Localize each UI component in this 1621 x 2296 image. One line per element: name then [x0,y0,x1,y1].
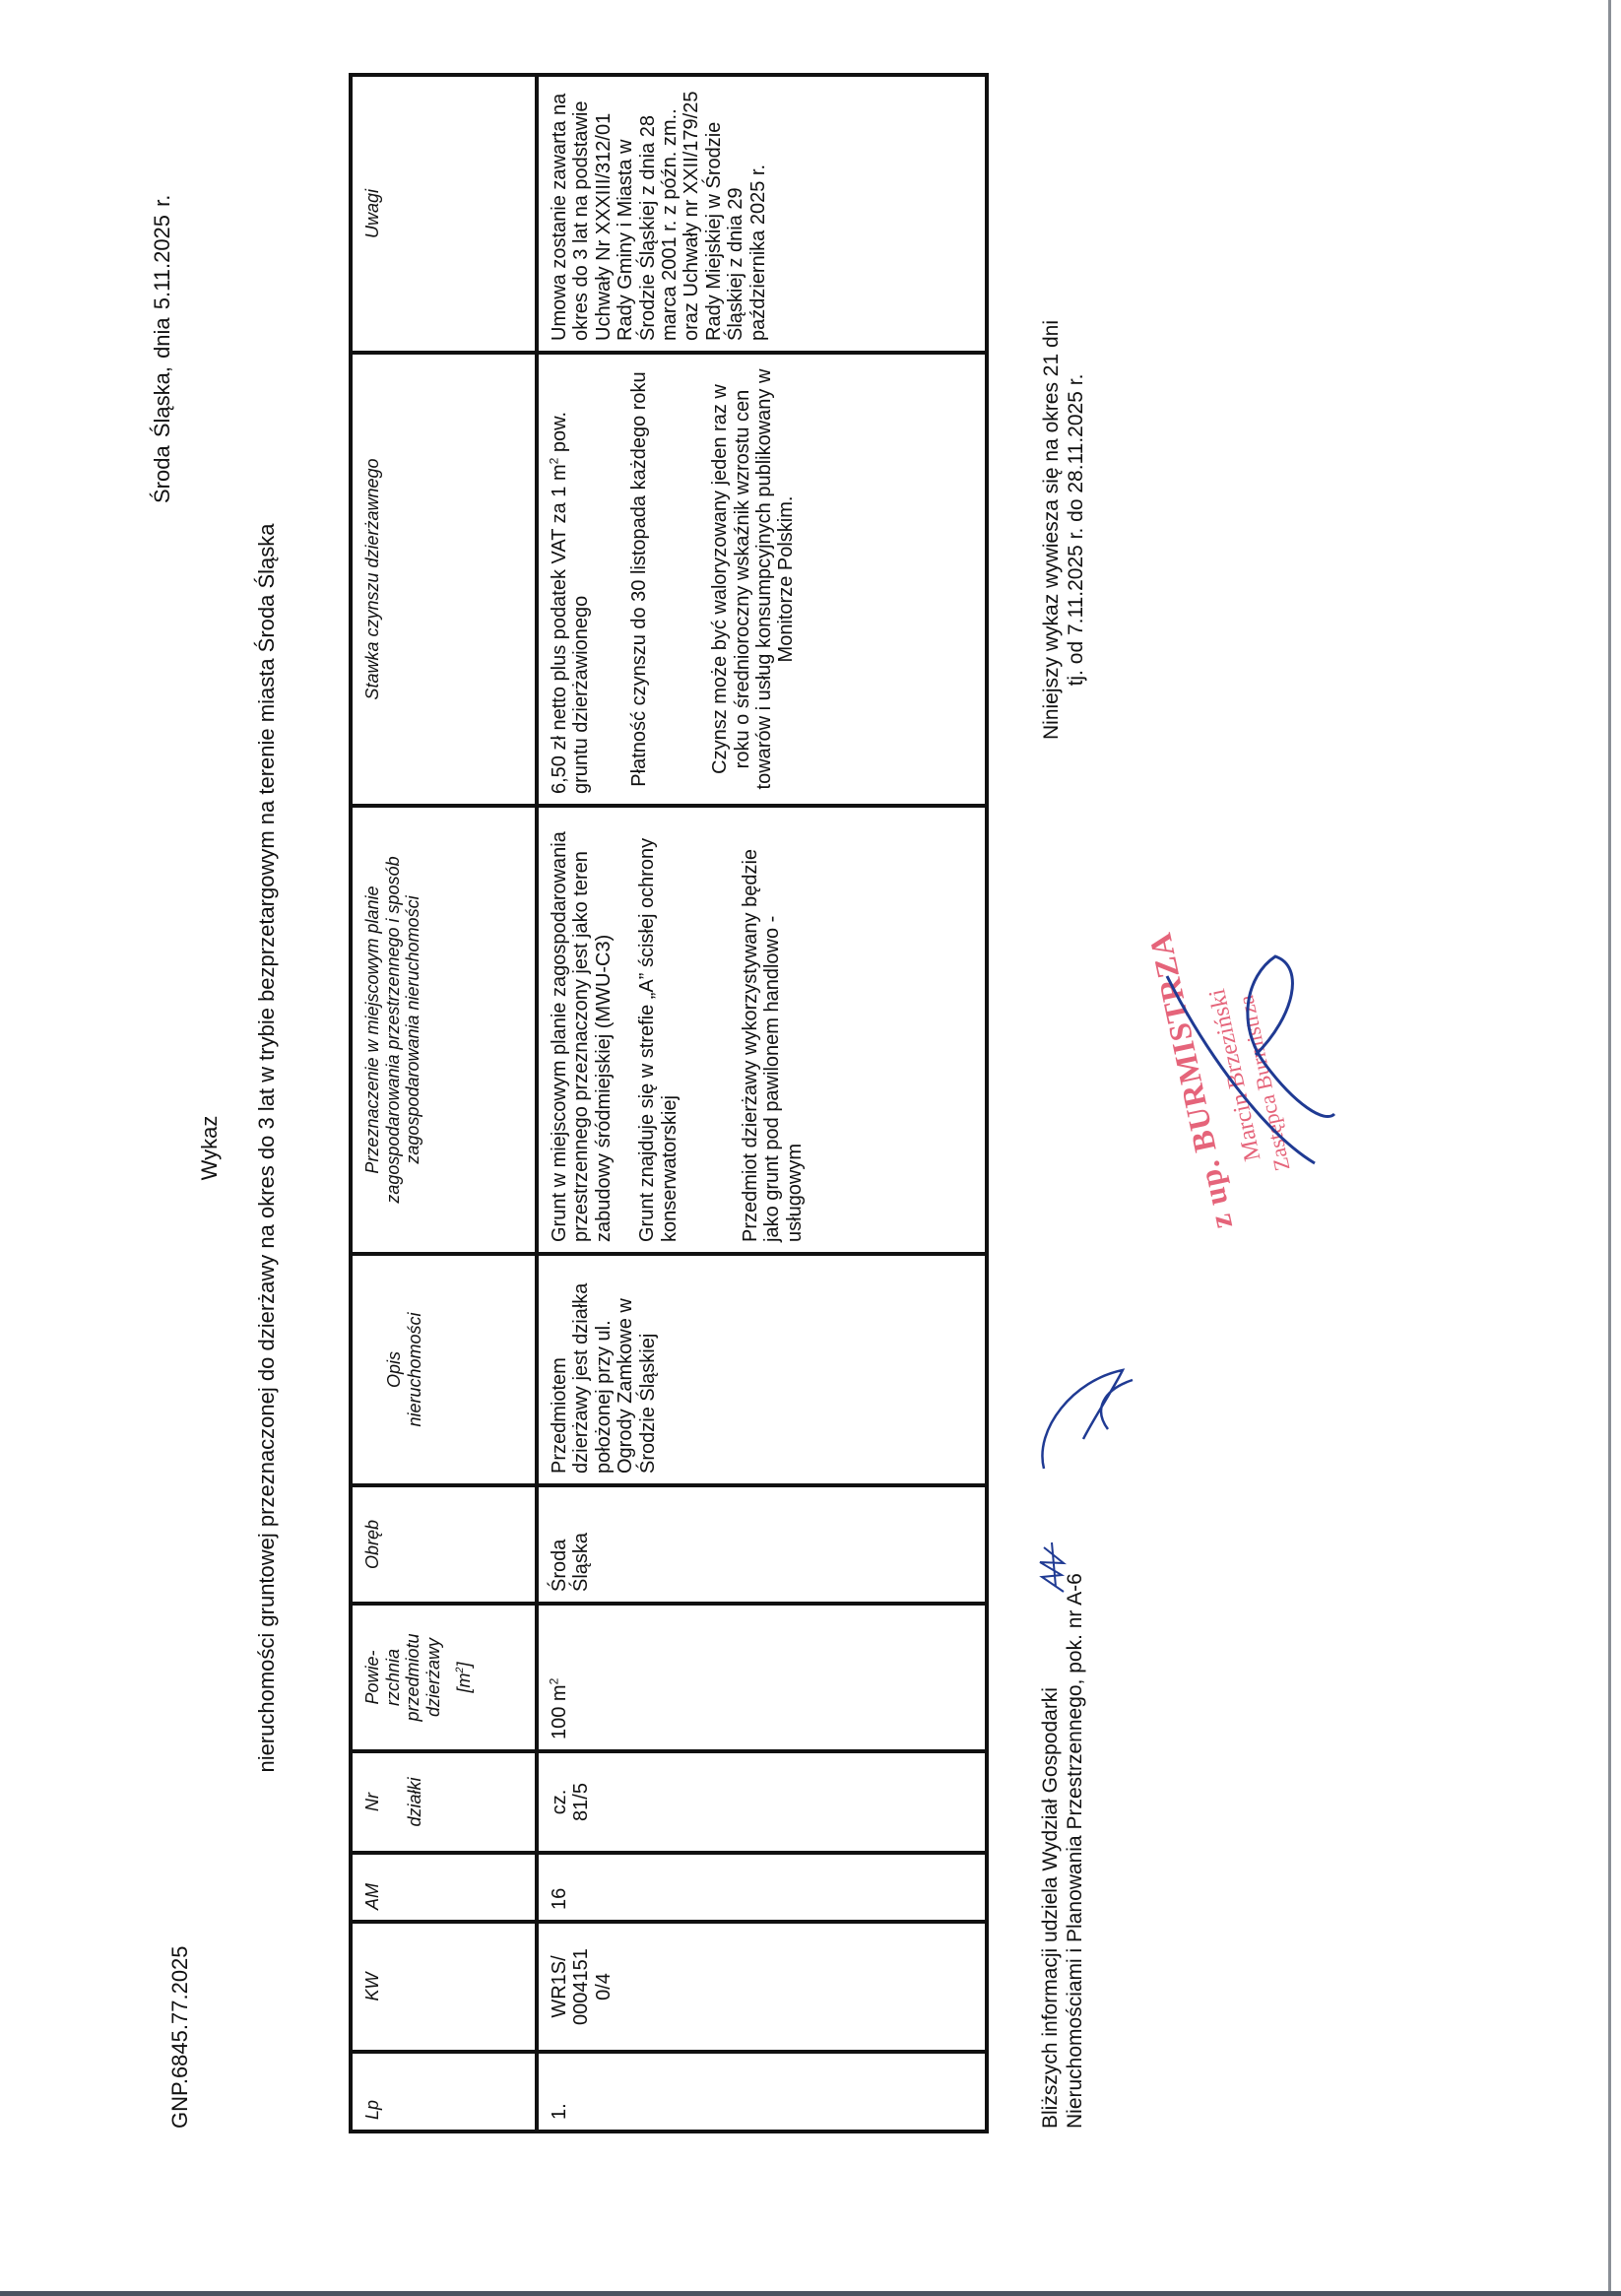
stawka-payment: Płatność czynszu do 30 listopada każdego… [628,364,650,794]
document-subtitle: nieruchomości gruntowej przeznaczonej do… [254,0,280,2296]
header-obreb: Obręb [351,1485,537,1604]
table-header-row: Lp KW AM Nr działki Powie- rzchnia przed… [351,75,537,2132]
document-page: GNP.6845.77.2025 Środa Śląska, dnia 5.11… [0,0,1621,2296]
nr-line2: 81/5 [570,1763,592,1841]
header-pow-unit: [m2] [454,1615,475,1739]
official-stamp: z up. BURMISTRZA Marcin Brzeziński Zastę… [1147,819,1344,1232]
footer-contact-info: Bliższych informacji udziela Wydział Gos… [1038,1573,1087,2129]
stawka-rate: 6,50 zł netto plus podatek VAT za 1 m2 p… [549,364,593,794]
signature-icon [1014,1360,1142,1488]
header-powierzchnia: Powie- rzchnia przedmiotu dzierżawy [m2] [351,1604,537,1751]
cell-obreb: Środa Śląska [537,1485,987,1604]
kw-line2: 0004151 [570,1934,592,2040]
header-opis: Opis nieruchomości [351,1254,537,1485]
cell-stawka: 6,50 zł netto plus podatek VAT za 1 m2 p… [537,353,987,806]
header-stawka: Stawka czynszu dzierżawnego [351,353,537,806]
place-and-date: Środa Śląska, dnia 5.11.2025 r. [150,195,175,503]
cell-opis: Przedmiotem dzierżawy jest działka położ… [537,1254,987,1485]
header-uwagi: Uwagi [351,75,537,353]
document-title: Wykaz [197,0,223,2296]
header-kw: KW [351,1922,537,2052]
stawka-indexation: Czynsz może być waloryzowany jeden raz w… [709,364,798,794]
header-pow-line2: rzchnia [383,1615,404,1739]
header-am: AM [351,1853,537,1922]
table-row: 1. WR1S/ 0004151 0/4 16 cz. 81/5 100 m2 … [537,75,987,2132]
deputy-signature-icon [1147,937,1344,1173]
header-lp: Lp [351,2052,537,2132]
header-pow-line3: przedmiotu [403,1615,423,1739]
przeznaczenie-plan: Grunt w miejscowym planie zagospodarowan… [549,818,615,1242]
header-opis-line2: nieruchomości [405,1266,425,1474]
header-pow-line4: dzierżawy [423,1615,444,1739]
przeznaczenie-sposob: Przedmiot dzierżawy wykorzystywany będzi… [740,818,806,1242]
footer-info-line2: Nieruchomościami i Planowania Przestrzen… [1063,1573,1087,2129]
cell-nr-dzialki: cz. 81/5 [537,1751,987,1853]
cell-kw: WR1S/ 0004151 0/4 [537,1922,987,2052]
obreb-line1: Środa [549,1497,570,1592]
przeznaczenie-strefa: Grunt znajduje się w strefie „A” ścisłej… [636,818,681,1242]
notice-line1: Niniejszy wykaz wywiesza się na okres 21… [1039,320,1064,740]
property-list-table: Lp KW AM Nr działki Powie- rzchnia przed… [349,73,989,2133]
cell-powierzchnia: 100 m2 [537,1604,987,1751]
cell-uwagi: Umowa zostanie zawarta na okres do 3 lat… [537,75,987,353]
header-dzialki-line: działki [405,1763,425,1841]
cell-przeznaczenie: Grunt w miejscowym planie zagospodarowan… [537,806,987,1254]
header-nr-dzialki: Nr działki [351,1751,537,1853]
cell-am: 16 [537,1853,987,1922]
cell-lp: 1. [537,2052,987,2132]
header-opis-line1: Opis [384,1266,405,1474]
posting-notice: Niniejszy wykaz wywiesza się na okres 21… [1039,320,1088,740]
obreb-line2: Śląska [570,1497,592,1592]
notice-line2: tj. od 7.11.2025 r. do 28.11.2025 r. [1064,320,1088,740]
kw-line1: WR1S/ [549,1934,570,2040]
header-pow-line1: Powie- [362,1615,383,1739]
header-nr-line: Nr [362,1763,383,1841]
footer-info-line1: Bliższych informacji udziela Wydział Gos… [1038,1573,1063,2129]
nr-line1: cz. [549,1763,570,1841]
initials-signature-icon [1034,1538,1073,1597]
reference-number: GNP.6845.77.2025 [167,1945,193,2129]
kw-line3: 0/4 [593,1934,615,2040]
header-przeznaczenie: Przeznaczenie w miejscowym planie zagosp… [351,806,537,1254]
